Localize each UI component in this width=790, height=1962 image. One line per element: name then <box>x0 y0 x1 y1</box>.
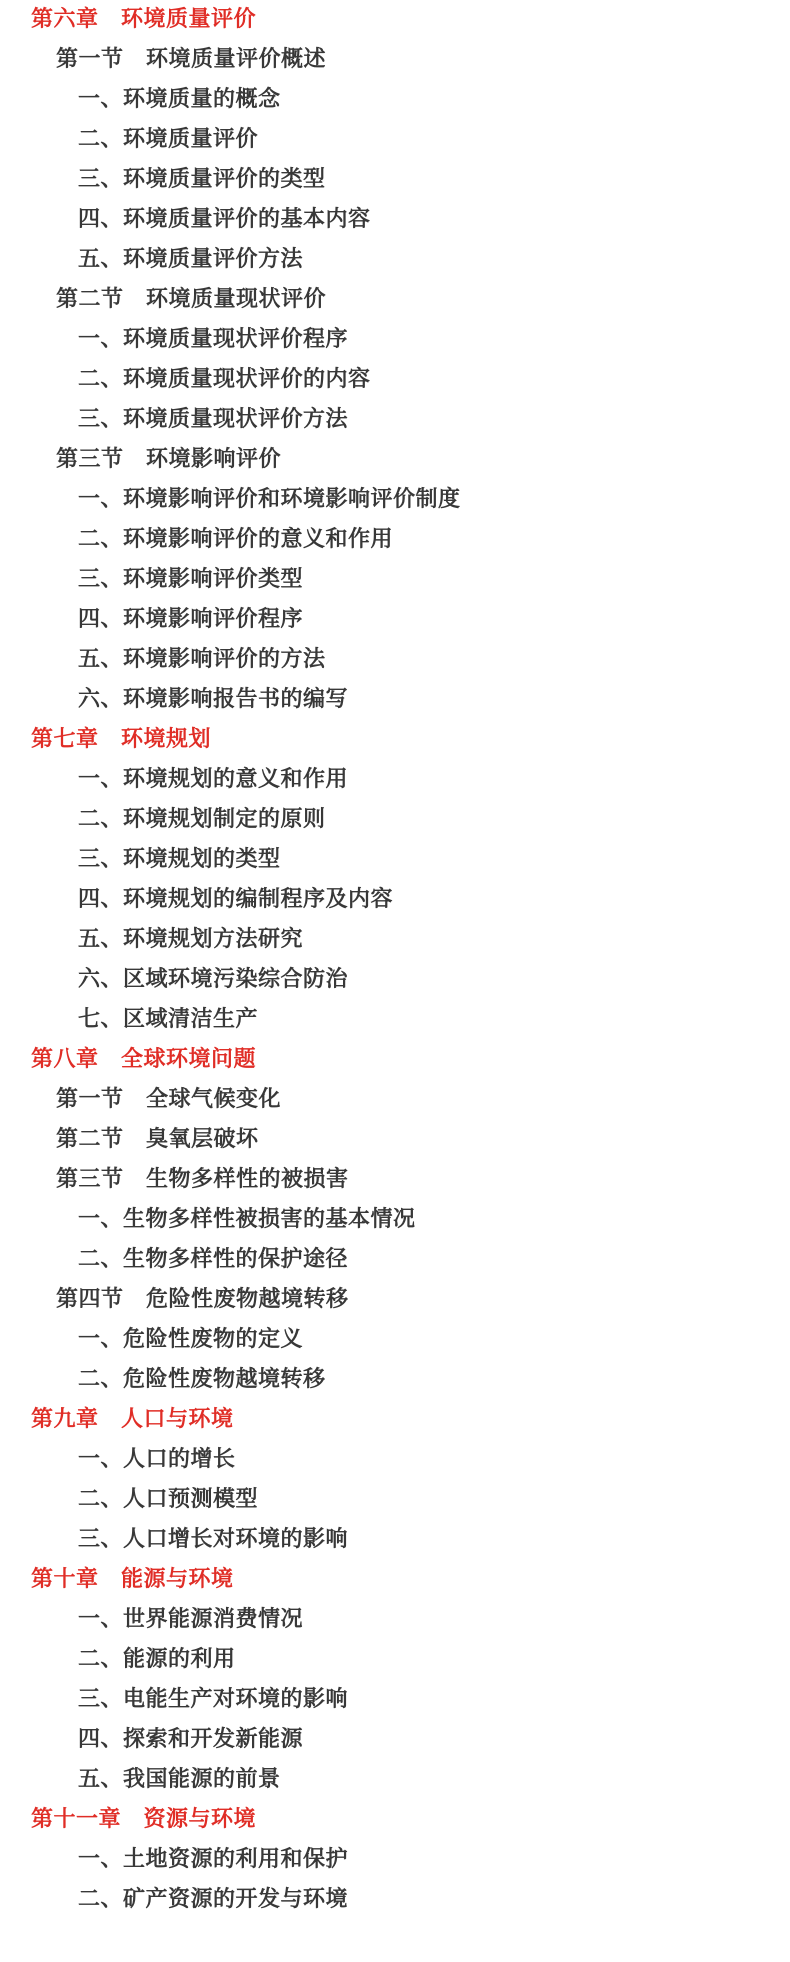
toc-entry-item: 二、矿产资源的开发与环境 <box>0 1880 790 1920</box>
document-page: 第六章 环境质量评价第一节 环境质量评价概述一、环境质量的概念二、环境质量评价三… <box>0 0 790 1962</box>
toc-entry-item: 三、电能生产对环境的影响 <box>0 1680 790 1720</box>
toc-entry-section: 第三节 生物多样性的被损害 <box>0 1160 790 1200</box>
toc-entry-item: 四、环境规划的编制程序及内容 <box>0 880 790 920</box>
toc-entry-item: 二、环境规划制定的原则 <box>0 800 790 840</box>
toc-entry-item: 四、环境质量评价的基本内容 <box>0 200 790 240</box>
toc-entry-item: 二、危险性废物越境转移 <box>0 1360 790 1400</box>
toc-entry-section: 第二节 环境质量现状评价 <box>0 280 790 320</box>
toc-entry-item: 一、环境质量现状评价程序 <box>0 320 790 360</box>
toc-entry-item: 二、环境质量评价 <box>0 120 790 160</box>
toc-entry-item: 五、环境规划方法研究 <box>0 920 790 960</box>
toc-entry-item: 一、土地资源的利用和保护 <box>0 1840 790 1880</box>
toc-entry-item: 五、环境影响评价的方法 <box>0 640 790 680</box>
toc-entry-item: 一、环境质量的概念 <box>0 80 790 120</box>
toc-entry-item: 五、环境质量评价方法 <box>0 240 790 280</box>
toc-entry-item: 一、环境规划的意义和作用 <box>0 760 790 800</box>
toc-entry-chapter: 第八章 全球环境问题 <box>0 1040 790 1080</box>
toc-entry-chapter: 第七章 环境规划 <box>0 720 790 760</box>
toc-entry-section: 第一节 全球气候变化 <box>0 1080 790 1120</box>
toc-entry-item: 一、世界能源消费情况 <box>0 1600 790 1640</box>
toc-entry-item: 一、环境影响评价和环境影响评价制度 <box>0 480 790 520</box>
table-of-contents: 第六章 环境质量评价第一节 环境质量评价概述一、环境质量的概念二、环境质量评价三… <box>0 0 790 1920</box>
toc-entry-item: 三、人口增长对环境的影响 <box>0 1520 790 1560</box>
toc-entry-item: 一、生物多样性被损害的基本情况 <box>0 1200 790 1240</box>
toc-entry-item: 四、探索和开发新能源 <box>0 1720 790 1760</box>
toc-entry-item: 三、环境质量评价的类型 <box>0 160 790 200</box>
toc-entry-item: 六、环境影响报告书的编写 <box>0 680 790 720</box>
toc-entry-section: 第一节 环境质量评价概述 <box>0 40 790 80</box>
toc-entry-section: 第二节 臭氧层破坏 <box>0 1120 790 1160</box>
toc-entry-item: 二、环境质量现状评价的内容 <box>0 360 790 400</box>
toc-entry-section: 第四节 危险性废物越境转移 <box>0 1280 790 1320</box>
toc-entry-chapter: 第九章 人口与环境 <box>0 1400 790 1440</box>
toc-entry-item: 六、区域环境污染综合防治 <box>0 960 790 1000</box>
toc-entry-item: 二、人口预测模型 <box>0 1480 790 1520</box>
toc-entry-item: 二、能源的利用 <box>0 1640 790 1680</box>
toc-entry-item: 一、人口的增长 <box>0 1440 790 1480</box>
toc-entry-item: 一、危险性废物的定义 <box>0 1320 790 1360</box>
toc-entry-item: 二、生物多样性的保护途径 <box>0 1240 790 1280</box>
toc-entry-item: 五、我国能源的前景 <box>0 1760 790 1800</box>
toc-entry-item: 二、环境影响评价的意义和作用 <box>0 520 790 560</box>
toc-entry-chapter: 第十一章 资源与环境 <box>0 1800 790 1840</box>
toc-entry-item: 七、区域清洁生产 <box>0 1000 790 1040</box>
toc-entry-item: 三、环境影响评价类型 <box>0 560 790 600</box>
toc-entry-item: 四、环境影响评价程序 <box>0 600 790 640</box>
toc-entry-item: 三、环境规划的类型 <box>0 840 790 880</box>
toc-entry-item: 三、环境质量现状评价方法 <box>0 400 790 440</box>
toc-entry-chapter: 第六章 环境质量评价 <box>0 0 790 40</box>
toc-entry-section: 第三节 环境影响评价 <box>0 440 790 480</box>
toc-entry-chapter: 第十章 能源与环境 <box>0 1560 790 1600</box>
